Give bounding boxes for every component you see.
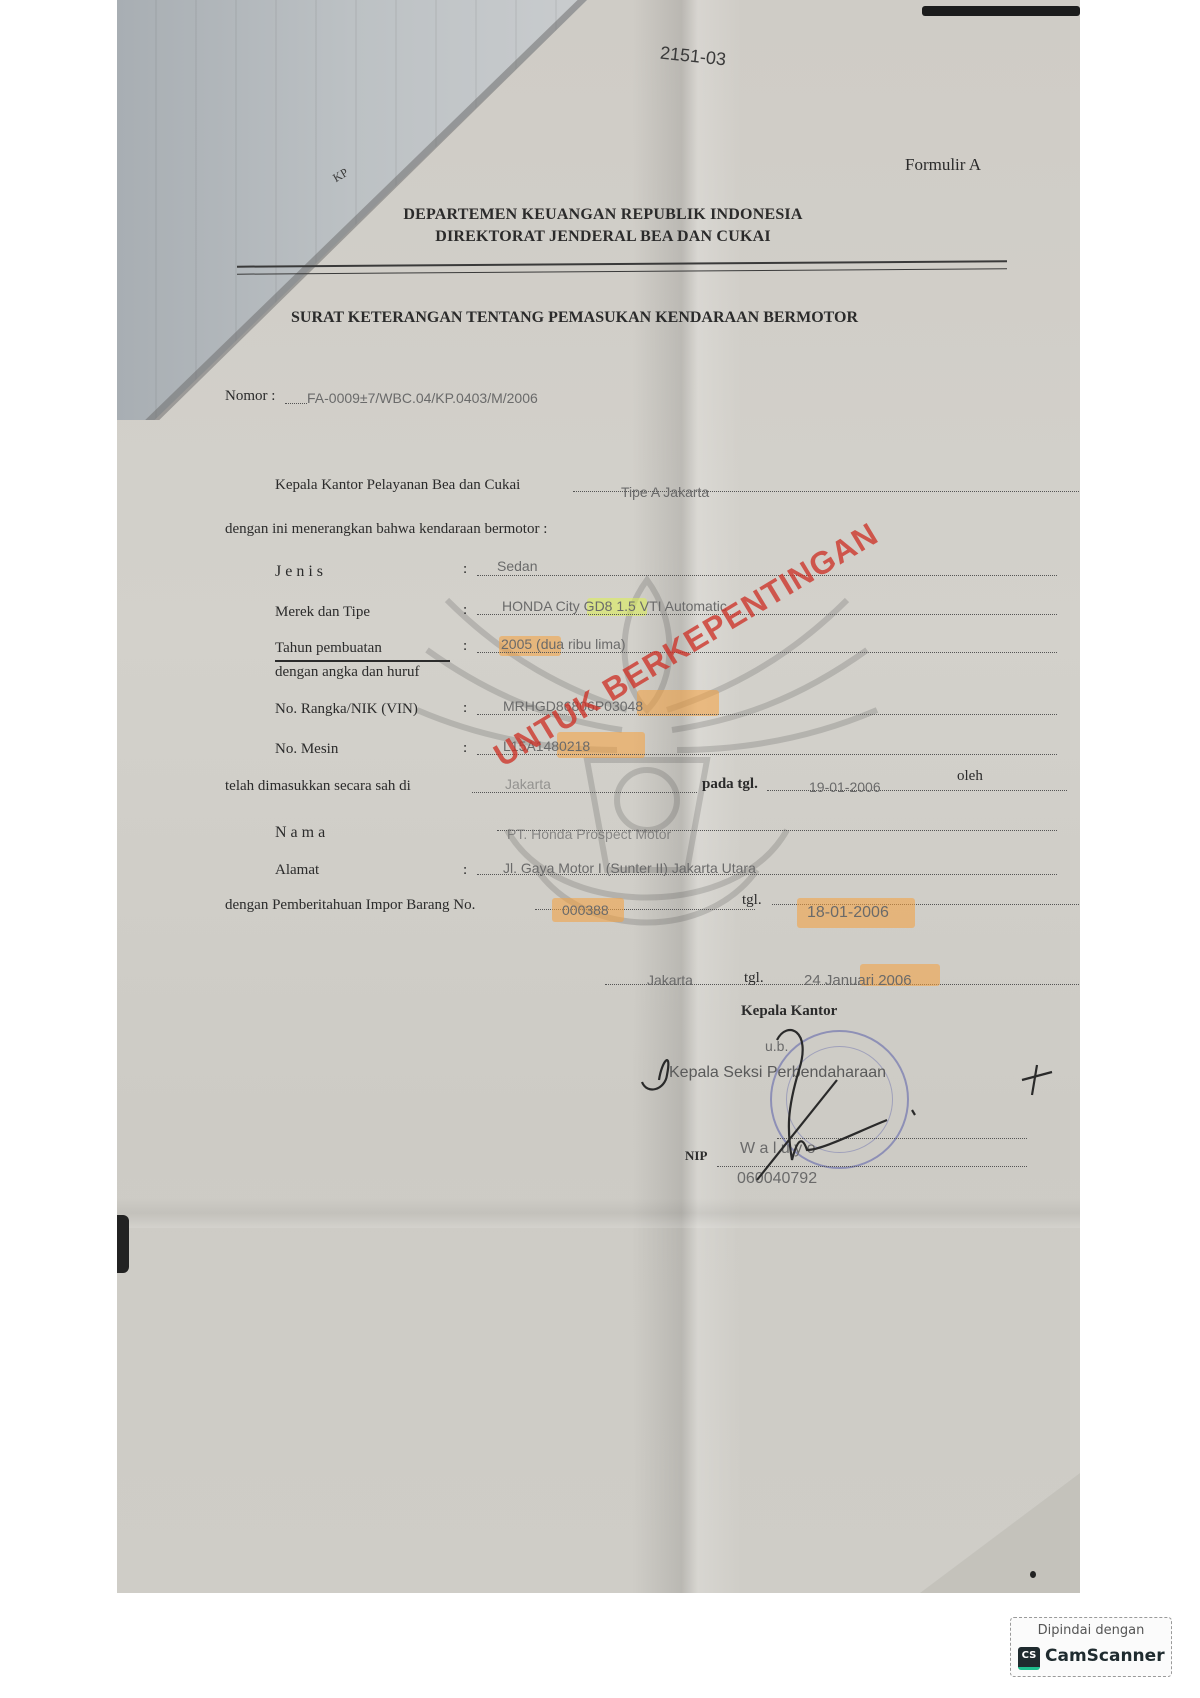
signature-place: Jakarta (647, 972, 693, 988)
jenis-value: Sedan (497, 558, 537, 574)
scanner-caption: Dipindai dengan (1011, 1623, 1171, 1638)
ink-dot (1030, 1571, 1036, 1578)
pib-date: 18-01-2006 (807, 904, 889, 922)
highlight-mark (637, 690, 719, 716)
scanner-brand: CamScanner (1045, 1646, 1165, 1666)
tahun-sublabel: dengan angka dan huruf (275, 664, 420, 681)
department-name: DEPARTEMEN KEUANGAN REPUBLIK INDONESIA (323, 206, 883, 224)
directorate-name: DIREKTORAT JENDERAL BEA DAN CUKAI (323, 228, 883, 246)
colon: : (463, 561, 467, 578)
rangka-label: No. Rangka/NIK (VIN) (275, 701, 418, 718)
entry-suffix: oleh (957, 768, 983, 785)
dotted-line (477, 754, 1057, 755)
pib-number: 000388 (562, 902, 609, 918)
horizontal-fold (117, 1198, 1080, 1228)
folded-corner (920, 1473, 1080, 1593)
tahun-label: Tahun pembuatan (275, 640, 382, 657)
camscanner-logo-icon: CS (1018, 1647, 1040, 1670)
kepala-kantor-label: Kepala Kantor Pelayanan Bea dan Cukai (275, 477, 520, 494)
form-label: Formulir A (905, 155, 981, 175)
pib-label: dengan Pemberitahuan Impor Barang No. (225, 897, 475, 914)
top-edge-object (922, 6, 1080, 16)
signature-date-label: tgl. (744, 970, 764, 987)
colon: : (463, 862, 467, 879)
signature-scribble-icon (637, 1020, 1077, 1190)
entry-date-label: pada tgl. (702, 776, 758, 793)
colon: : (463, 740, 467, 757)
entry-label: telah dimasukkan secara sah di (225, 778, 411, 795)
paper-tear (117, 1215, 129, 1273)
intro-text: dengan ini menerangkan bahwa kendaraan b… (225, 521, 547, 538)
alamat-value: Jl. Gaya Motor I (Sunter II) Jakarta Uta… (503, 860, 756, 876)
tahun-value: 2005 (dua ribu lima) (501, 636, 626, 652)
mesin-label: No. Mesin (275, 741, 338, 758)
pib-date-label: tgl. (742, 892, 762, 909)
entry-place: Jakarta (505, 776, 551, 792)
nomor-label: Nomor : (225, 388, 275, 405)
entry-date: 19-01-2006 (809, 779, 881, 795)
colon: : (463, 700, 467, 717)
colon: : (463, 638, 467, 655)
document-title: SURAT KETERANGAN TENTANG PEMASUKAN KENDA… (291, 309, 858, 327)
jenis-label: Jenis (275, 563, 327, 581)
dotted-line (285, 403, 307, 404)
camscanner-badge: Dipindai dengan CS CamScanner (1010, 1617, 1172, 1677)
scanned-document-photo: 2151-03 KP Formulir A DEPARTEMEN KEUANGA… (117, 0, 1080, 1593)
nomor-value: FA-0009±7/WBC.04/KP.0403/M/2006 (307, 390, 538, 406)
nama-label: Nama (275, 824, 329, 842)
signature-date: 24 Januari 2006 (804, 972, 912, 989)
alamat-label: Alamat (275, 862, 319, 879)
dotted-line (472, 792, 697, 793)
signature-title: Kepala Kantor (741, 1003, 837, 1020)
kepala-kantor-value: Tipe A Jakarta (621, 484, 709, 500)
nama-value: PT. Honda Prospect Motor (507, 826, 671, 842)
dotted-line (477, 652, 1057, 653)
merek-label: Merek dan Tipe (275, 604, 370, 621)
merek-value: HONDA City GD8 1.5 VTI Automatic (502, 598, 727, 614)
label-underline (275, 660, 450, 662)
colon: : (463, 602, 467, 619)
header-double-rule (237, 260, 1007, 274)
